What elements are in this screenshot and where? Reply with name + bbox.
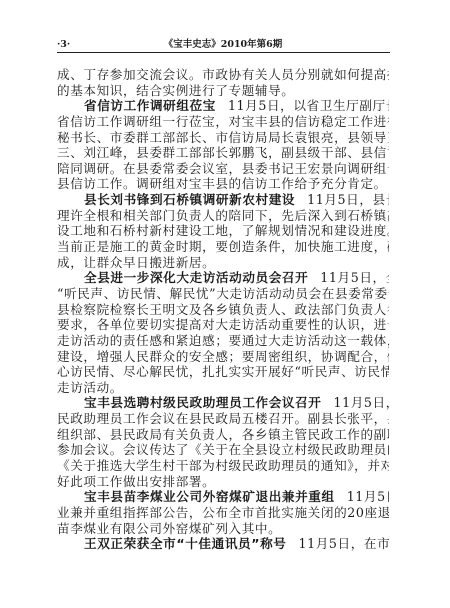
line-text: “听民声、访民情、解民忧”大走访活动动员会在县委常委会议室召开。: [57, 286, 389, 301]
text-line: 成，让群众早日搬进新居。: [57, 255, 389, 271]
text-line: 组织部、县民政局有关负责人，各乡镇主管民政工作的副职、民政所所长: [57, 427, 389, 443]
line-text: 陪同调研。在县委常委会议室，县委书记王宏景向调研组一行汇报了宝丰: [57, 161, 389, 176]
text-line: 设工地和石桥村新村建设工地，了解规划情况和建设进度。刘书锋强调，: [57, 223, 389, 239]
line-text: 的基本知识，结合实例进行了专题辅导。: [57, 83, 295, 98]
header-rule: [57, 52, 390, 53]
line-text: 11月5日，在市新闻工作者协: [298, 536, 389, 551]
text-line: 参加会议。会议传达了《关于在全县设立村级民政助理员的实施意见》和: [57, 442, 389, 458]
text-line: 《关于推选大学生村干部为村级民政助理员的通知》，并对全县各乡镇做: [57, 458, 389, 474]
line-text: 走访活动的责任感和紧迫感；要通过大走访活动这一载体，推进和谐社会: [57, 333, 389, 348]
text-line: 当前正是施工的黄金时期，要创造条件，加快施工进度，确保新房早日建: [57, 239, 389, 255]
line-text: 秘书长、市委群工部部长、市信访局局长袁银亮，县领导王宏景、梅玉: [57, 130, 389, 145]
line-text: 《关于推选大学生村干部为村级民政助理员的通知》，并对全县各乡镇做: [57, 458, 389, 473]
news-item-lead-line: 宝丰县苗李煤业公司外窑煤矿退出兼并重组11月5日，平顶山煤炭企: [57, 489, 389, 505]
line-text: 成、丁存参加交流会议。市政协有关人员分别就如何提高提案质量、提案: [57, 67, 389, 82]
text-line: 县信访工作。调研组对宝丰县的信访工作给予充分肯定。: [57, 176, 389, 192]
news-item-lead-line: 王双正荣获全市“十佳通讯员”称号11月5日，在市新闻工作者协: [57, 536, 389, 552]
line-text: 走访活动。: [57, 380, 123, 395]
text-line: 县检察院检察长王明文及各乡镇负责人、政法部门负责人参加会议。会议: [57, 302, 389, 318]
line-text: 心访民情、尽心解民忧，扎扎实实开展好“听民声、访民情、解民忧”大: [57, 364, 389, 379]
news-headline: 王双正荣获全市“十佳通讯员”称号: [84, 536, 286, 551]
news-item-lead-line: 宝丰县选聘村级民政助理员工作会议召开11月5日，宝丰县选聘村级: [57, 395, 389, 411]
text-line: 要求，各单位要切实提高对大走访活动重要性的认识，进一步增强做好大: [57, 317, 389, 333]
line-text: 组织部、县民政局有关负责人，各乡镇主管民政工作的副职、民政所所长: [57, 427, 389, 442]
news-item-lead-line: 省信访工作调研组莅宝11月5日，以省卫生厅副厅长黄红霞为组长的: [57, 98, 389, 114]
line-text: 理许全根和相关部门负责人的陪同下，先后深入到石桥镇高铁炉村新村建: [57, 208, 389, 223]
line-text: 建设，增强人民群众的安全感；要周密组织，协调配合，倾心听民声、细: [57, 349, 389, 364]
text-line: 好此项工作做出安排部署。: [57, 474, 389, 490]
text-line: 心访民情、尽心解民忧，扎扎实实开展好“听民声、访民情、解民忧”大: [57, 364, 389, 380]
line-text: 好此项工作做出安排部署。: [57, 474, 215, 489]
text-line: 走访活动的责任感和紧迫感；要通过大走访活动这一载体，推进和谐社会: [57, 333, 389, 349]
line-text: 设工地和石桥村新村建设工地，了解规划情况和建设进度。刘书锋强调，: [57, 223, 389, 238]
text-line: 建设，增强人民群众的安全感；要周密组织，协调配合，倾心听民声、细: [57, 349, 389, 365]
article-body: 成、丁存参加交流会议。市政协有关人员分别就如何提高提案质量、提案的基本知识，结合…: [57, 67, 389, 552]
news-headline: 省信访工作调研组莅宝: [84, 98, 216, 113]
text-line: 省信访工作调研组一行莅宝，对宝丰县的信访稳定工作进行调研。市委副: [57, 114, 389, 130]
line-text: 业兼并重组指挥部公告，公布全市首批实施关闭的20座退出煤矿，宝丰县: [57, 505, 389, 520]
news-item-lead-line: 全县进一步深化大走访活动动员会召开11月5日，全县进一步深化: [57, 270, 389, 286]
news-headline: 宝丰县苗李煤业公司外窑煤矿退出兼并重组: [84, 489, 335, 504]
text-line: 理许全根和相关部门负责人的陪同下，先后深入到石桥镇高铁炉村新村建: [57, 208, 389, 224]
journal-title: 《宝丰史志》2010年第6期: [57, 38, 389, 52]
line-text: 11月5日，平顶山煤炭企: [347, 489, 389, 504]
line-text: 成，让群众早日搬进新居。: [57, 255, 215, 270]
line-text: 参加会议。会议传达了《关于在全县设立村级民政助理员的实施意见》和: [57, 442, 389, 457]
running-header: ·3· 《宝丰史志》2010年第6期: [57, 38, 389, 52]
text-line: 业兼并重组指挥部公告，公布全市首批实施关闭的20座退出煤矿，宝丰县: [57, 505, 389, 521]
line-text: 11月5日，全县进一步深化: [320, 270, 389, 285]
text-line: 陪同调研。在县委常委会议室，县委书记王宏景向调研组一行汇报了宝丰: [57, 161, 389, 177]
line-text: 三、刘江峰，县委群工部部长郭鹏飞，副县级干部、县信访局局长顾海萍: [57, 145, 389, 160]
text-line: 苗李煤业有限公司外窑煤矿列入其中。: [57, 521, 389, 537]
text-line: 成、丁存参加交流会议。市政协有关人员分别就如何提高提案质量、提案: [57, 67, 389, 83]
text-line: 走访活动。: [57, 380, 389, 396]
text-line: 民政助理员工作会议在县民政局五楼召开。副县长张平，县政府办、县委: [57, 411, 389, 427]
line-text: 县信访工作。调研组对宝丰县的信访工作给予充分肯定。: [57, 176, 387, 191]
text-line: 三、刘江峰，县委群工部部长郭鹏飞，副县级干部、县信访局局长顾海萍: [57, 145, 389, 161]
line-text: 11月5日，县长刘书锋在县长助: [307, 192, 389, 207]
text-line: 秘书长、市委群工部部长、市信访局局长袁银亮，县领导王宏景、梅玉: [57, 130, 389, 146]
line-text: 省信访工作调研组一行莅宝，对宝丰县的信访稳定工作进行调研。市委副: [57, 114, 389, 129]
news-headline: 全县进一步深化大走访活动动员会召开: [84, 270, 308, 285]
line-text: 苗李煤业有限公司外窑煤矿列入其中。: [57, 521, 281, 536]
text-line: 的基本知识，结合实例进行了专题辅导。: [57, 83, 389, 99]
line-text: 民政助理员工作会议在县民政局五楼召开。副县长张平，县政府办、县委: [57, 411, 389, 426]
news-item-lead-line: 县长刘书锋到石桥镇调研新农村建设11月5日，县长刘书锋在县长助: [57, 192, 389, 208]
news-headline: 县长刘书锋到石桥镇调研新农村建设: [84, 192, 295, 207]
line-text: 当前正是施工的黄金时期，要创造条件，加快施工进度，确保新房早日建: [57, 239, 389, 254]
line-text: 11月5日，以省卫生厅副厅长黄红霞为组长的: [228, 98, 389, 113]
news-headline: 宝丰县选聘村级民政助理员工作会议召开: [84, 395, 322, 410]
line-text: 要求，各单位要切实提高对大走访活动重要性的认识，进一步增强做好大: [57, 317, 389, 332]
text-line: “听民声、访民情、解民忧”大走访活动动员会在县委常委会议室召开。: [57, 286, 389, 302]
line-text: 11月5日，宝丰县选聘村级: [334, 395, 390, 410]
line-text: 县检察院检察长王明文及各乡镇负责人、政法部门负责人参加会议。会议: [57, 302, 389, 317]
